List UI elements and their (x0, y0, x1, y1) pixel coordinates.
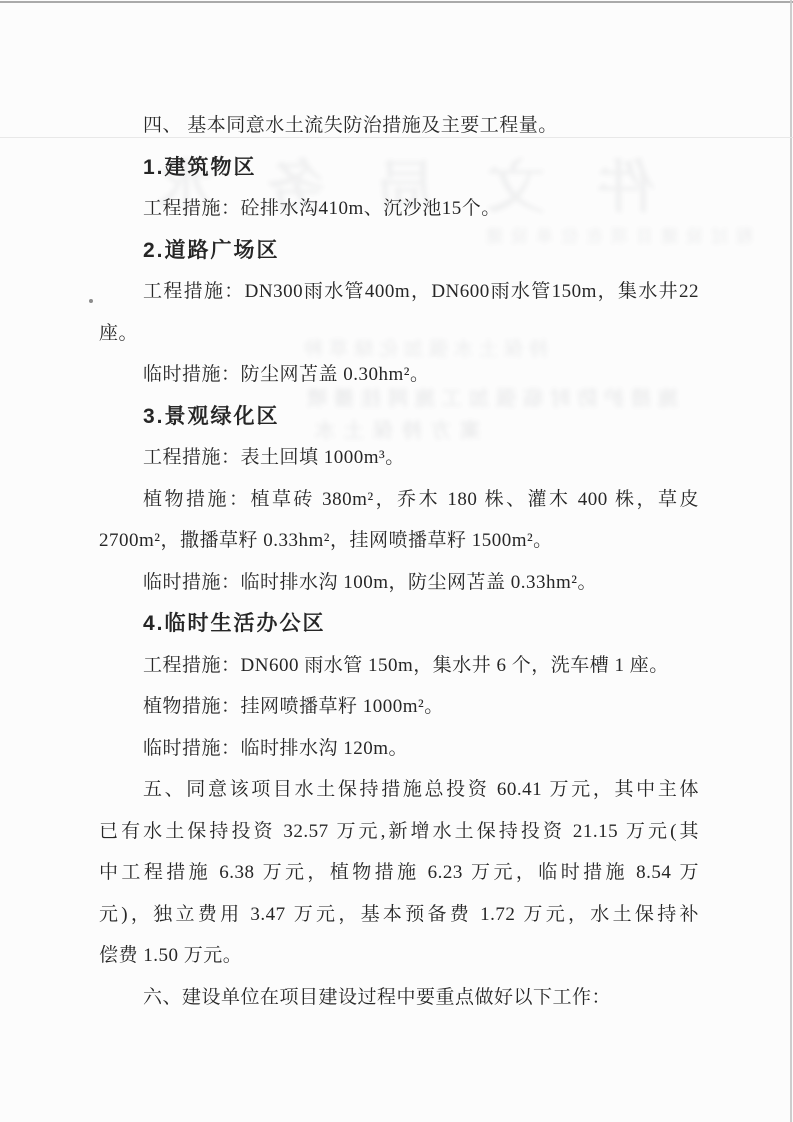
text-line: 座。 (99, 313, 699, 355)
text-line: 临时措施：临时排水沟 120m。 (99, 728, 699, 770)
text-line: 工程措施：DN600 雨水管 150m，集水井 6 个，洗车槽 1 座。 (99, 645, 699, 687)
text-line: 植物措施：植草砖 380m²，乔木 180 株、灌木 400 株，草皮 (99, 479, 699, 521)
text-line: 工程措施：砼排水沟410m、沉沙池15个。 (99, 188, 699, 230)
section-heading: 1.建筑物区 (99, 147, 699, 189)
text-line: 六、建设单位在项目建设过程中要重点做好以下工作： (99, 977, 699, 1019)
text-line: 五、同意该项目水土保持措施总投资 60.41 万元，其中主体 (99, 769, 699, 811)
section-heading: 3.景观绿化区 (99, 396, 699, 438)
text-line: 元)，独立费用 3.47 万元，基本预备费 1.72 万元，水土保持补 (99, 894, 699, 936)
section-heading: 4.临时生活办公区 (99, 603, 699, 645)
text-line: 临时措施：防尘网苫盖 0.30hm²。 (99, 354, 699, 396)
text-line: 临时措施：临时排水沟 100m，防尘网苫盖 0.33hm²。 (99, 562, 699, 604)
ink-speck (89, 299, 93, 303)
text-line: 2700m²，撒播草籽 0.33hm²，挂网喷播草籽 1500m²。 (99, 520, 699, 562)
scan-right-edge-artifact (790, 0, 792, 1122)
document-lines: 四、 基本同意水土流失防治措施及主要工程量。1.建筑物区工程措施：砼排水沟410… (99, 105, 699, 1018)
text-line: 植物措施：挂网喷播草籽 1000m²。 (99, 686, 699, 728)
text-line: 偿费 1.50 万元。 (99, 935, 699, 977)
text-line: 四、 基本同意水土流失防治措施及主要工程量。 (99, 105, 699, 147)
text-line: 工程措施：表土回填 1000m³。 (99, 437, 699, 479)
text-line: 工程措施：DN300雨水管400m，DN600雨水管150m，集水井22 (99, 271, 699, 313)
text-line: 已有水土保持投资 32.57 万元,新增水土保持投资 21.15 万元(其 (99, 811, 699, 853)
text-line: 中工程措施 6.38 万元，植物措施 6.23 万元，临时措施 8.54 万 (99, 852, 699, 894)
scan-top-edge-artifact (0, 1, 793, 3)
section-heading: 2.道路广场区 (99, 230, 699, 272)
scanned-document-page: 件文局务水程过设建目项在位单设建持保土水强加化绿草种施措护防时临强加工施网挂播喷… (0, 0, 793, 1122)
